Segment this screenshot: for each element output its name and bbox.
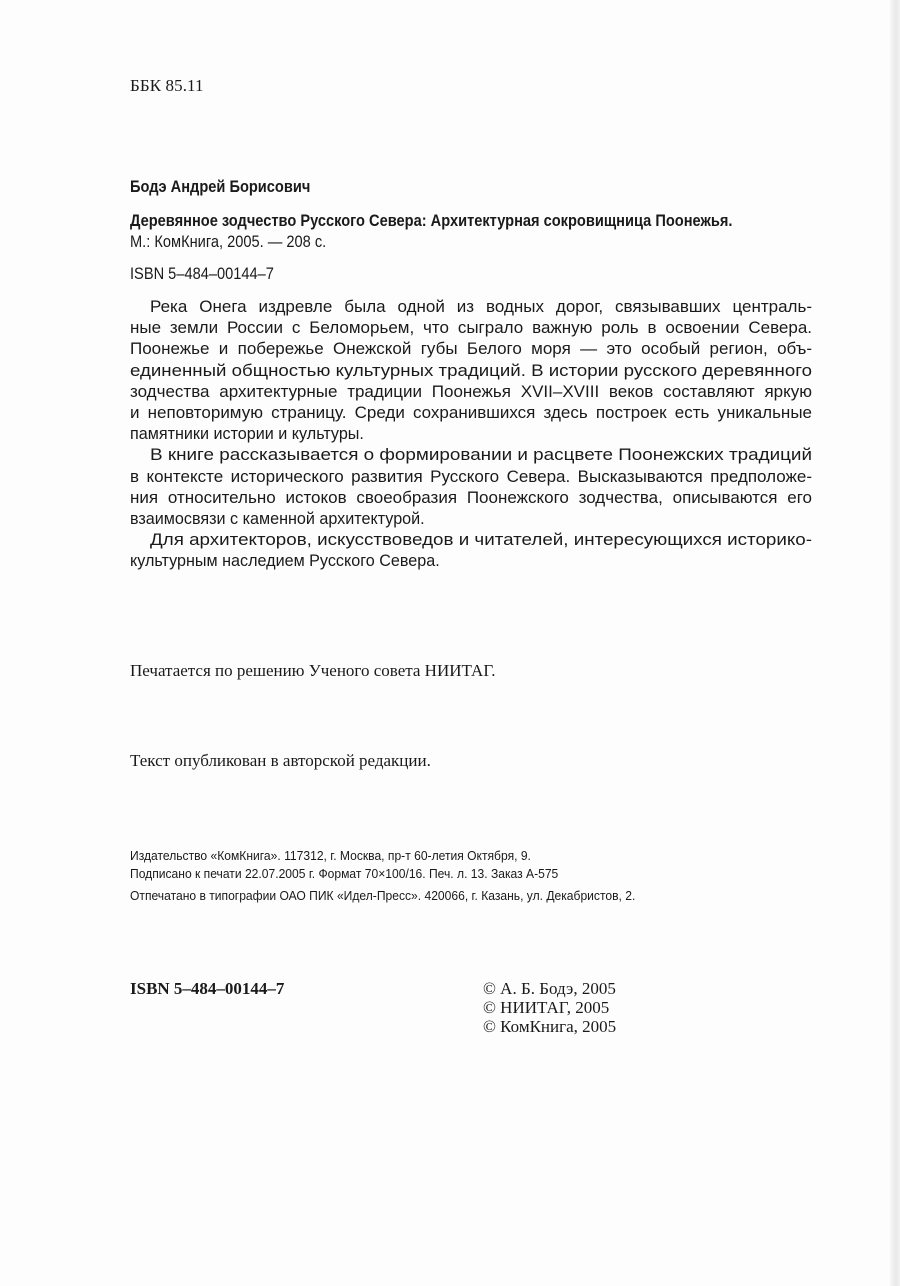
copyright-niitag: © НИИТАГ, 2005	[483, 998, 616, 1017]
annotation-line-text: и неповторимую страницу. Среди сохранивш…	[130, 402, 812, 423]
annotation-line-text: В книге рассказывается о формировании и …	[150, 444, 812, 465]
annotation-line-text: Поонежье и побережье Онежской губы Белог…	[130, 338, 812, 359]
annotation-line: Река Онега издревле была одной из водных…	[130, 296, 812, 317]
annotation-line-text: культурным наследием Русского Севера.	[130, 550, 440, 571]
annotation-line-text: в контексте исторического развития Русск…	[130, 466, 812, 487]
edition-note: Текст опубликован в авторской редакции.	[130, 751, 431, 771]
copyright-block: © А. Б. Бодэ, 2005 © НИИТАГ, 2005 © КомК…	[483, 979, 616, 1036]
colophon-publisher: Издательство «КомКнига». 117312, г. Моск…	[130, 848, 531, 863]
annotation-line: Поонежье и побережье Онежской губы Белог…	[130, 338, 812, 359]
book-author: Бодэ Андрей Борисович	[130, 177, 310, 197]
annotation-line: памятники истории и культуры.	[130, 423, 812, 444]
colophon-signed: Подписано к печати 22.07.2005 г. Формат …	[130, 866, 558, 881]
book-title: Деревянное зодчество Русского Севера: Ар…	[130, 211, 732, 231]
copyright-publisher: © КомКнига, 2005	[483, 1017, 616, 1036]
council-note: Печатается по решению Ученого совета НИИ…	[130, 661, 496, 681]
annotation-line-text: Для архитекторов, искусствоведов и читат…	[150, 529, 812, 550]
annotation-line: ные земли России с Беломорьем, что сыгра…	[130, 317, 812, 338]
copyright-author: © А. Б. Бодэ, 2005	[483, 979, 616, 998]
annotation-line: Для архитекторов, искусствоведов и читат…	[130, 529, 812, 550]
isbn-bottom: ISBN 5–484–00144–7	[130, 979, 284, 999]
annotation-line: зодчества архитектурные традиции Поонежь…	[130, 381, 812, 402]
annotation-line: и неповторимую страницу. Среди сохранивш…	[130, 402, 812, 423]
annotation-line-text: взаимосвязи с каменной архитектурой.	[130, 508, 425, 529]
annotation-line: ния относительно истоков своеобразия Поо…	[130, 487, 812, 508]
page-edge-shadow	[890, 0, 900, 1286]
annotation-line-text: Река Онега издревле была одной из водных…	[150, 296, 812, 317]
annotation-line: взаимосвязи с каменной архитектурой.	[130, 508, 812, 529]
annotation-line: В книге рассказывается о формировании и …	[130, 444, 812, 465]
annotation-line: единенный общностью культурных традиций.…	[130, 360, 812, 381]
annotation-line-text: ния относительно истоков своеобразия Поо…	[130, 487, 812, 508]
annotation-line: культурным наследием Русского Севера.	[130, 550, 812, 571]
annotation-line-text: ные земли России с Беломорьем, что сыгра…	[130, 317, 812, 338]
annotation-line-text: зодчества архитектурные традиции Поонежь…	[130, 381, 812, 402]
annotation-line-text: единенный общностью культурных традиций.…	[130, 360, 812, 381]
annotation-line-text: памятники истории и культуры.	[130, 423, 364, 444]
annotation: Река Онега издревле была одной из водных…	[130, 296, 812, 571]
bbk-code: ББК 85.11	[130, 76, 204, 96]
annotation-line: в контексте исторического развития Русск…	[130, 466, 812, 487]
book-imprint: М.: КомКнига, 2005. — 208 с.	[130, 232, 326, 252]
isbn-top: ISBN 5–484–00144–7	[130, 264, 274, 284]
colophon-printed: Отпечатано в типографии ОАО ПИК «Идел-Пр…	[130, 888, 635, 903]
